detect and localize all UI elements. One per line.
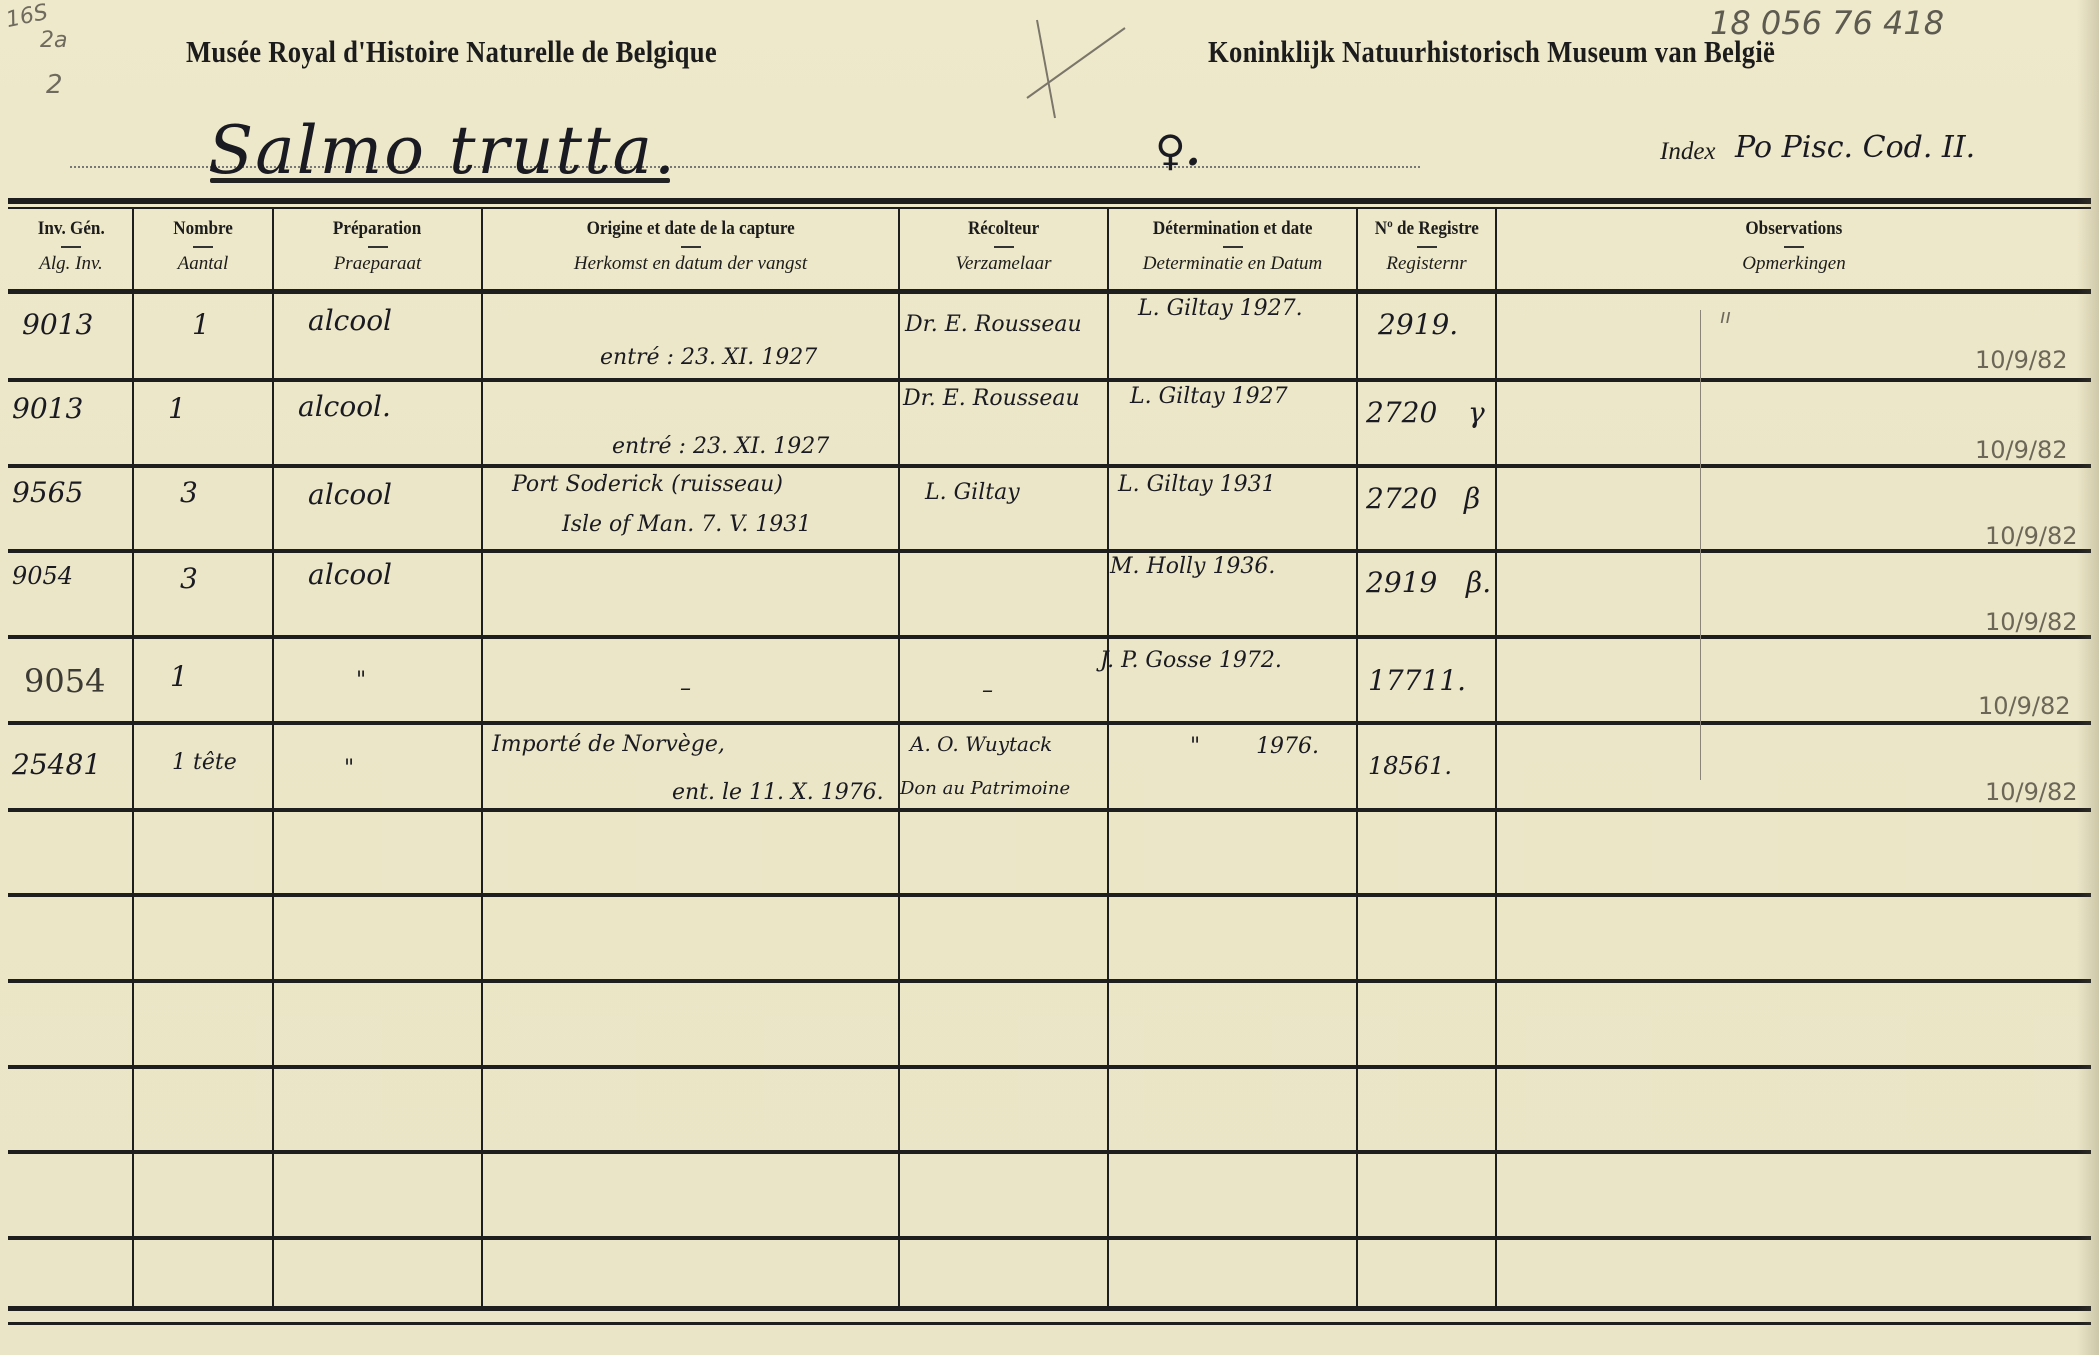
row-5-origine: – <box>680 676 691 701</box>
row-1-recolteur: Dr. E. Rousseau <box>905 312 1082 337</box>
row-1-observation: 10/9/82 <box>1975 346 2068 374</box>
row-2-origine: entré : 23. XI. 1927 <box>612 434 829 459</box>
index-label: Index <box>1660 138 1716 166</box>
row-4-determination: M. Holly 1936. <box>1110 554 1275 579</box>
row-1-preparation: alcool <box>308 304 392 337</box>
column-header-fr: Origine et date de la capture <box>586 218 794 240</box>
corner-note-2: 2a <box>40 28 67 53</box>
row-3-origine-2: Isle of Man. 7. V. 1931 <box>562 512 811 537</box>
row-6-observation: 10/9/82 <box>1985 778 2078 806</box>
row-divider <box>8 1065 2091 1069</box>
column-header-nl: Praeparaat <box>334 253 422 275</box>
divider <box>681 246 701 248</box>
row-1-origine: entré : 23. XI. 1927 <box>600 345 817 370</box>
column-header-nl: Alg. Inv. <box>39 253 103 275</box>
row-2-recolteur: Dr. E. Rousseau <box>903 386 1080 411</box>
row-2-observation: 10/9/82 <box>1975 436 2068 464</box>
column-header-registre: Nº de Registre Registernr <box>1358 212 1495 288</box>
row-5-nombre: 1 <box>170 660 188 693</box>
row-6-nombre: 1 tête <box>172 750 237 775</box>
row-divider <box>8 893 2091 897</box>
corner-note-3: 2 <box>46 70 63 100</box>
column-divider <box>898 209 900 1309</box>
row-divider <box>8 635 2091 639</box>
title-french: Musée Royal d'Histoire Naturelle de Belg… <box>186 34 717 70</box>
pencil-line <box>1700 310 1701 780</box>
column-header-fr: Préparation <box>333 218 421 240</box>
row-2-registre-mark: γ <box>1468 396 1485 429</box>
row-divider <box>8 721 2091 725</box>
row-5-observation: 10/9/82 <box>1978 692 2071 720</box>
row-2-registre: 2720 <box>1366 396 1437 429</box>
row-5-recolteur: – <box>982 678 993 703</box>
column-divider <box>481 209 483 1309</box>
column-header-nl: Opmerkingen <box>1742 253 1845 275</box>
row-3-determination: L. Giltay 1931 <box>1118 472 1276 497</box>
row-6-preparation: " <box>344 756 354 781</box>
row-2-determination: L. Giltay 1927 <box>1130 384 1288 409</box>
row-1-nombre: 1 <box>192 308 210 341</box>
column-header-fr: Nº de Registre <box>1374 218 1478 240</box>
column-header-nl: Registernr <box>1386 253 1466 275</box>
catalog-card: 16S 2a 2 Musée Royal d'Histoire Naturell… <box>0 0 2099 1355</box>
row-divider <box>8 1150 2091 1154</box>
row-1-inv: 9013 <box>22 308 93 341</box>
row-4-registre: 2919 <box>1366 566 1437 599</box>
column-header-fr: Détermination et date <box>1153 218 1313 240</box>
column-divider <box>272 209 274 1309</box>
divider <box>1417 246 1437 248</box>
row-1-determination: L. Giltay 1927. <box>1138 296 1303 321</box>
title-dutch: Koninklijk Natuurhistorisch Museum van B… <box>1208 34 1775 70</box>
row-3-observation: 10/9/82 <box>1985 522 2078 550</box>
row-5-determination: J. P. Gosse 1972. <box>1100 648 1282 673</box>
row-2-nombre: 1 <box>168 392 186 425</box>
divider <box>368 246 388 248</box>
species-underline <box>210 178 670 183</box>
row-divider <box>8 378 2091 382</box>
row-6-origine-2: ent. le 11. X. 1976. <box>672 780 884 805</box>
row-divider <box>8 464 2091 468</box>
row-6-origine: Importé de Norvège, <box>492 732 725 757</box>
divider <box>1223 246 1243 248</box>
column-header-fr: Inv. Gén. <box>37 218 104 240</box>
column-header-nl: Determinatie en Datum <box>1143 253 1322 275</box>
row-3-recolteur: L. Giltay <box>925 480 1020 505</box>
column-header-nombre: Nombre Aantal <box>134 212 272 288</box>
column-header-preparation: Préparation Praeparaat <box>274 212 481 288</box>
row-2-preparation: alcool. <box>298 390 391 423</box>
column-divider <box>1356 209 1358 1309</box>
row-6-recolteur: A. O. Wuytack <box>910 732 1052 756</box>
row-6-recolteur-2: Don au Patrimoine <box>900 778 1070 799</box>
column-header-origine: Origine et date de la capture Herkomst e… <box>483 212 898 288</box>
column-header-inv: Inv. Gén. Alg. Inv. <box>10 212 132 288</box>
row-3-registre-mark: β <box>1464 482 1480 515</box>
divider <box>61 246 81 248</box>
table-bottom-rule-2 <box>8 1322 2091 1325</box>
row-divider <box>8 1236 2091 1240</box>
column-header-fr: Nombre <box>173 218 233 240</box>
row-4-nombre: 3 <box>180 562 198 595</box>
row-divider <box>8 549 2091 553</box>
row-divider <box>8 979 2091 983</box>
column-header-fr: Récolteur <box>968 218 1039 240</box>
row-1-registre: 2919. <box>1378 308 1458 341</box>
row-5-inv: 9054 <box>24 662 105 700</box>
header-bottom-rule <box>8 289 2091 294</box>
column-divider <box>1107 209 1109 1309</box>
column-header-fr: Observations <box>1746 218 1843 240</box>
index-value: Po Pisc. Cod. II. <box>1735 130 1975 165</box>
row-2-inv: 9013 <box>12 392 83 425</box>
row-3-inv: 9565 <box>12 476 83 509</box>
divider <box>994 246 1014 248</box>
column-divider <box>132 209 134 1309</box>
row-3-origine: Port Soderick (ruisseau) <box>512 472 783 497</box>
row-3-nombre: 3 <box>180 476 198 509</box>
table-top-rule <box>8 198 2091 204</box>
row-5-preparation: " <box>356 668 366 693</box>
row-4-preparation: alcool <box>308 558 392 591</box>
column-header-nl: Verzamelaar <box>955 253 1051 275</box>
column-header-observations: Observations Opmerkingen <box>1497 212 2091 288</box>
sex-mark: ♀. <box>1155 126 1200 175</box>
accession-number: 18 056 76 418 <box>1710 4 1944 42</box>
row-3-preparation: alcool <box>308 478 392 511</box>
divider <box>1784 246 1804 248</box>
table-bottom-rule <box>8 1306 2091 1311</box>
row-5-registre: 17711. <box>1368 664 1466 697</box>
column-header-determination: Détermination et date Determinatie en Da… <box>1109 212 1356 288</box>
card-edge-shadow <box>2077 0 2099 1355</box>
pencil-mark: ıı <box>1720 304 1731 328</box>
column-divider <box>1495 209 1497 1309</box>
divider <box>193 246 213 248</box>
column-header-recolteur: Récolteur Verzamelaar <box>900 212 1107 288</box>
row-3-registre: 2720 <box>1366 482 1437 515</box>
column-header-nl: Aantal <box>178 253 229 275</box>
table-top-rule-thin <box>8 207 2091 209</box>
row-6-determination: " 1976. <box>1190 734 1319 759</box>
row-4-observation: 10/9/82 <box>1985 608 2078 636</box>
row-4-inv: 9054 <box>12 562 73 590</box>
cross-mark-icon <box>1025 18 1135 128</box>
row-divider <box>8 808 2091 812</box>
row-6-registre: 18561. <box>1368 752 1452 780</box>
row-6-inv: 25481 <box>12 748 101 781</box>
row-4-registre-mark: β. <box>1466 566 1491 599</box>
column-header-nl: Herkomst en datum der vangst <box>574 253 807 275</box>
